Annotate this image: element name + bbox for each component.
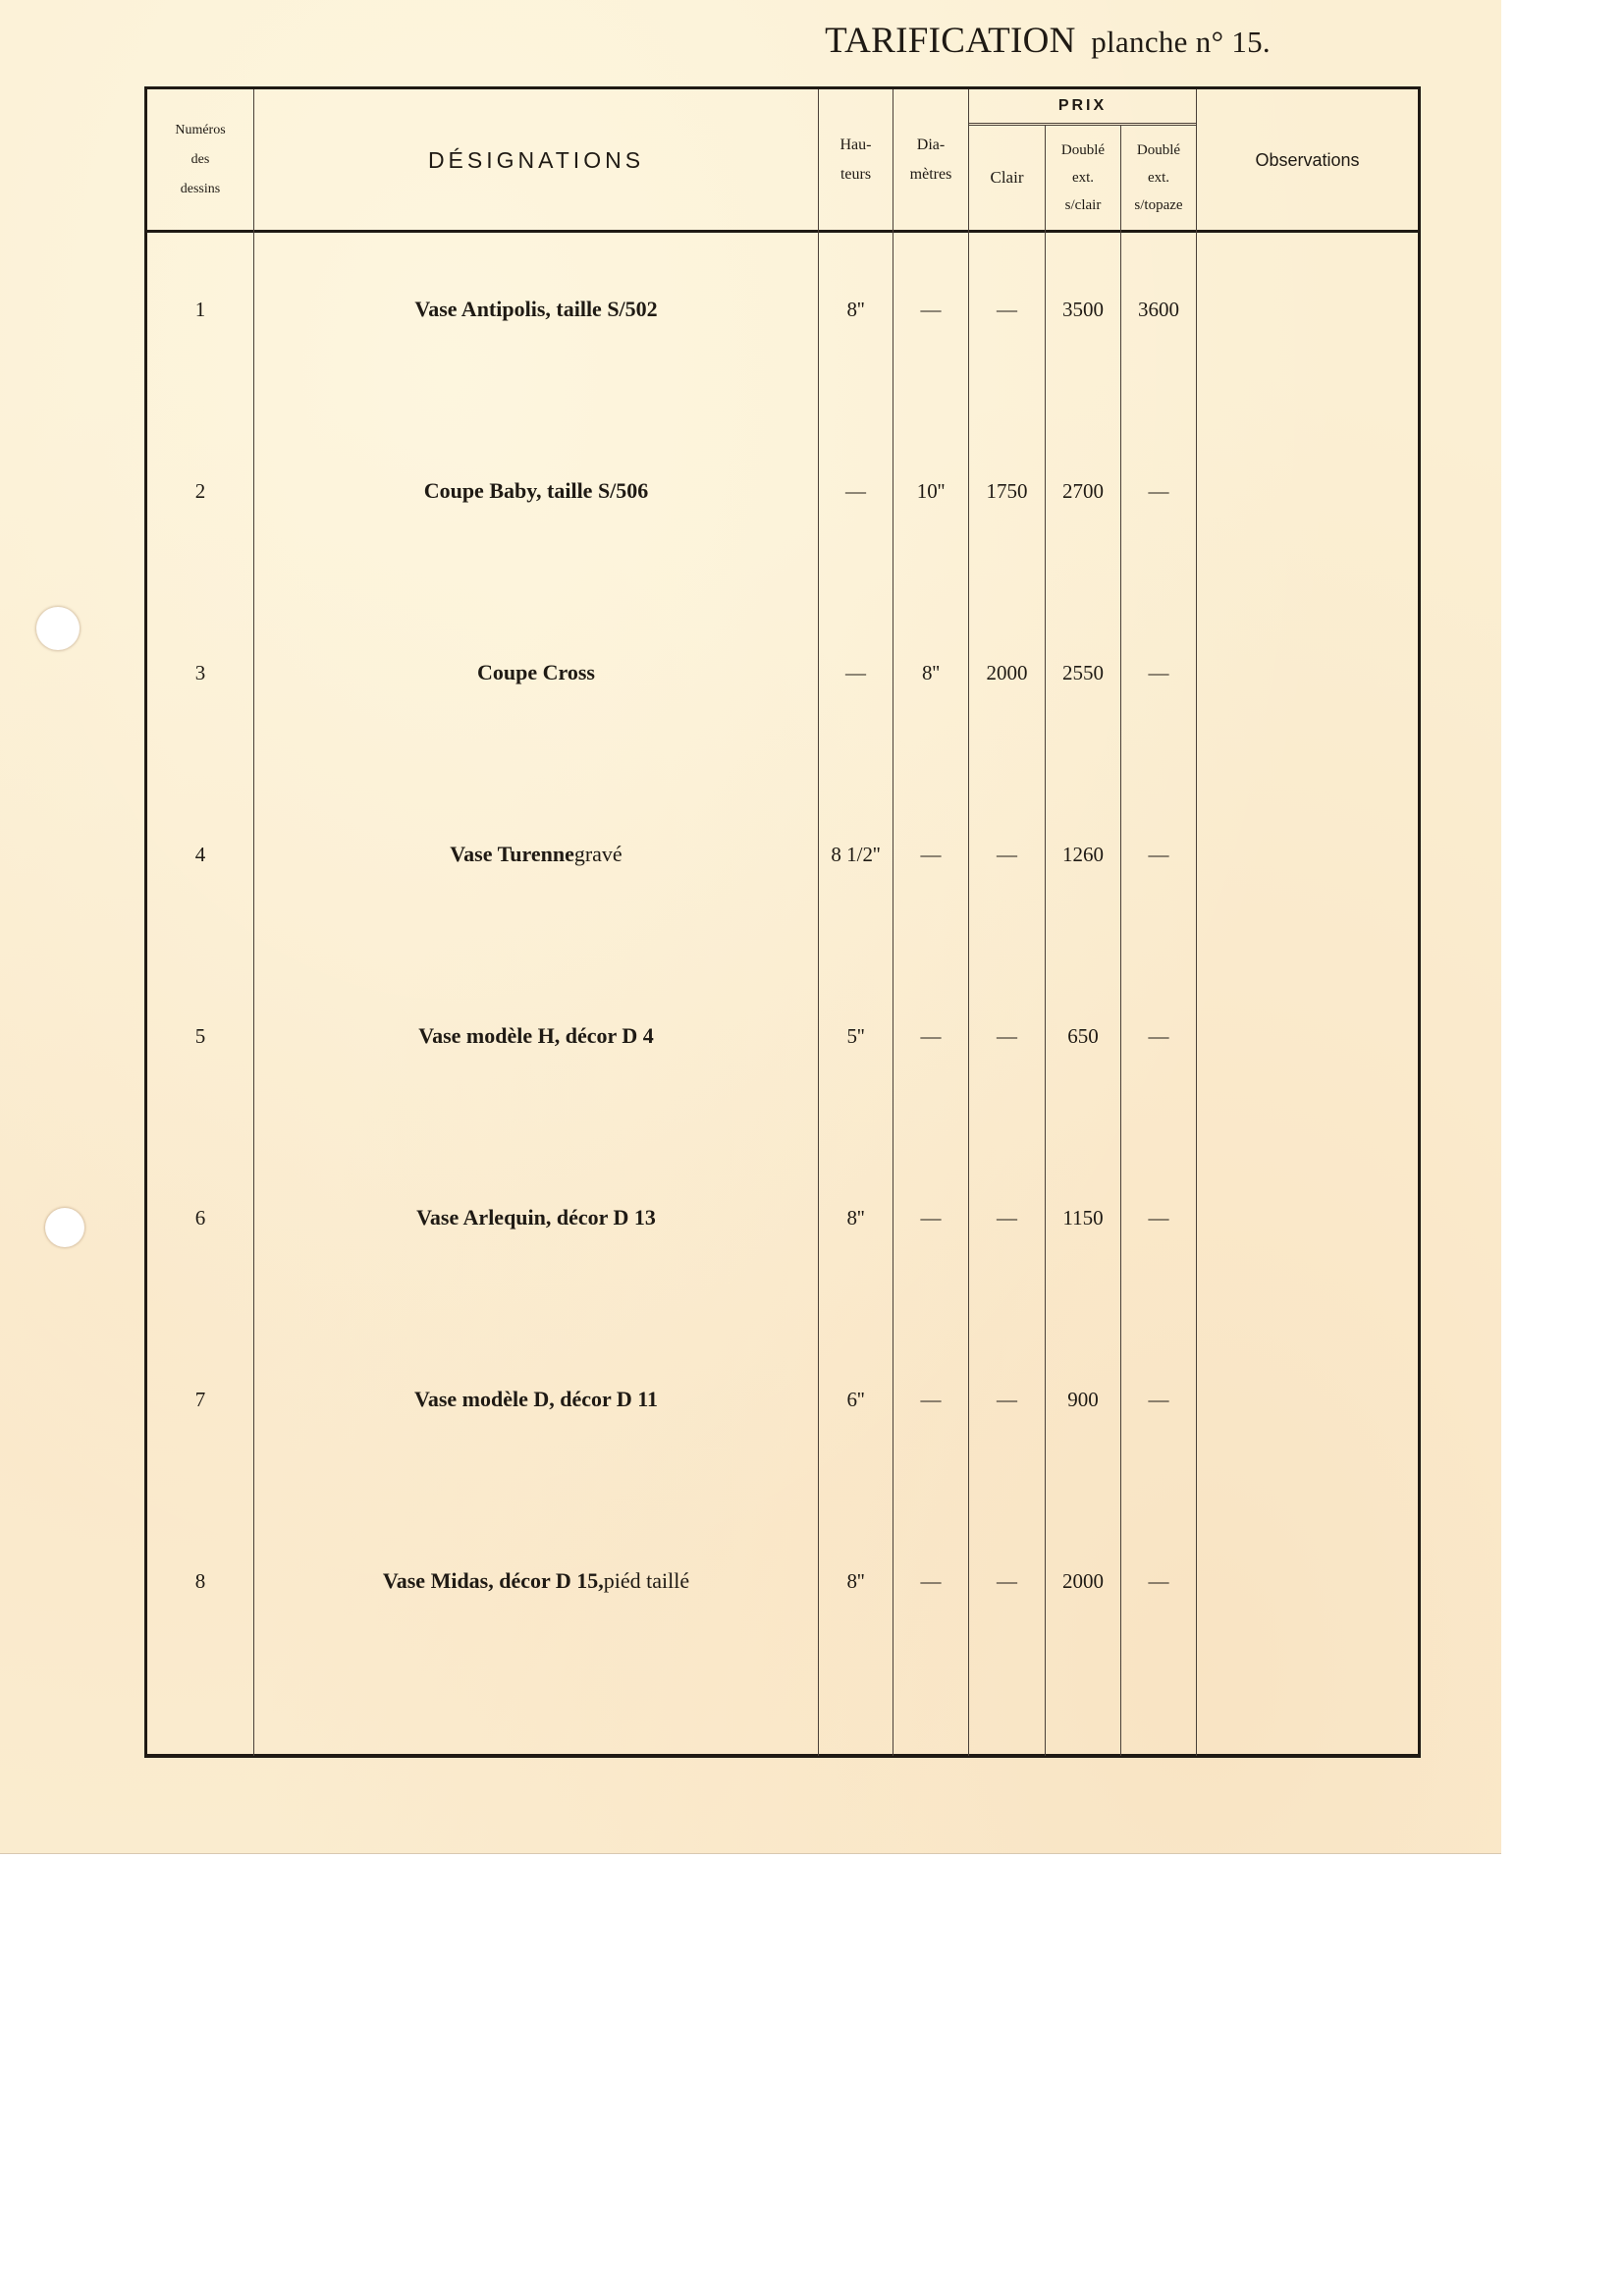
cell-designation: Vase Midas, décor D 15, piéd taillé: [254, 1561, 818, 1601]
paper-sheet: TARIFICATION planche n° 15. Numéros des …: [0, 0, 1501, 1854]
column-rule: [1196, 89, 1197, 1756]
cell-designation: Vase modèle H, décor D 4: [254, 1016, 818, 1056]
cell-double-clair: 1150: [1046, 1198, 1120, 1237]
punch-hole: [45, 1208, 84, 1247]
cell-observations: [1197, 471, 1418, 511]
cell-double-topaze: —: [1121, 1016, 1196, 1056]
header-divider: [144, 230, 1421, 233]
cell-observations: [1197, 290, 1418, 329]
cell-observations: [1197, 1561, 1418, 1601]
cell-num: 6: [147, 1198, 253, 1237]
table-frame: [144, 86, 1421, 1758]
title-plate-number: planche n° 15.: [1091, 25, 1271, 59]
header-double-clair: Doublé ext. s/clair: [1046, 126, 1120, 230]
cell-clair: —: [969, 1380, 1045, 1419]
table-row: 2 Coupe Baby, taille S/506 — 10'' 1750 2…: [144, 471, 1421, 511]
cell-double-topaze: —: [1121, 1198, 1196, 1237]
cell-diametre: —: [893, 1380, 968, 1419]
cell-double-clair: 2700: [1046, 471, 1120, 511]
cell-diametre: —: [893, 290, 968, 329]
cell-hauteur: 5'': [819, 1016, 893, 1056]
cell-hauteur: 8'': [819, 1198, 893, 1237]
header-numeros: Numéros des dessins: [147, 89, 253, 230]
cell-designation: Vase Antipolis, taille S/502: [254, 290, 818, 329]
cell-hauteur: 8'': [819, 290, 893, 329]
column-rule: [1120, 126, 1121, 1756]
column-rule: [968, 89, 969, 1756]
cell-designation: Coupe Cross: [254, 653, 818, 692]
header-clair: Clair: [969, 126, 1045, 230]
cell-hauteur: —: [819, 471, 893, 511]
cell-clair: —: [969, 1016, 1045, 1056]
cell-clair: —: [969, 1198, 1045, 1237]
cell-diametre: 8'': [893, 653, 968, 692]
cell-observations: [1197, 1016, 1418, 1056]
cell-num: 3: [147, 653, 253, 692]
cell-hauteur: 8 1/2'': [819, 835, 893, 874]
header-double-topaze: Doublé ext. s/topaze: [1121, 126, 1196, 230]
header-diametres: Dia- mètres: [893, 89, 968, 230]
table-row: 3 Coupe Cross — 8'' 2000 2550 —: [144, 653, 1421, 692]
column-rule: [1045, 126, 1046, 1756]
cell-double-clair: 3500: [1046, 290, 1120, 329]
cell-double-clair: 2550: [1046, 653, 1120, 692]
cell-observations: [1197, 1198, 1418, 1237]
cell-num: 5: [147, 1016, 253, 1056]
cell-double-clair: 2000: [1046, 1561, 1120, 1601]
cell-designation: Vase modèle D, décor D 11: [254, 1380, 818, 1419]
page-title: TARIFICATION planche n° 15.: [825, 20, 1271, 62]
cell-double-topaze: —: [1121, 835, 1196, 874]
cell-observations: [1197, 835, 1418, 874]
cell-num: 7: [147, 1380, 253, 1419]
cell-double-topaze: 3600: [1121, 290, 1196, 329]
cell-clair: —: [969, 1561, 1045, 1601]
cell-double-clair: 900: [1046, 1380, 1120, 1419]
cell-double-topaze: —: [1121, 471, 1196, 511]
cell-num: 4: [147, 835, 253, 874]
cell-hauteur: 8'': [819, 1561, 893, 1601]
cell-designation: Vase Arlequin, décor D 13: [254, 1198, 818, 1237]
table-row: 6 Vase Arlequin, décor D 13 8'' — — 1150…: [144, 1198, 1421, 1237]
cell-num: 8: [147, 1561, 253, 1601]
column-rule: [893, 89, 893, 1756]
cell-clair: 1750: [969, 471, 1045, 511]
cell-diametre: 10'': [893, 471, 968, 511]
punch-hole: [36, 607, 80, 650]
cell-observations: [1197, 653, 1418, 692]
cell-clair: —: [969, 290, 1045, 329]
table-row: 7 Vase modèle D, décor D 11 6'' — — 900 …: [144, 1380, 1421, 1419]
cell-double-topaze: —: [1121, 653, 1196, 692]
table-row: 8 Vase Midas, décor D 15, piéd taillé 8'…: [144, 1561, 1421, 1601]
column-rule: [818, 89, 819, 1756]
table-row: 4 Vase Turenne gravé 8 1/2'' — — 1260 —: [144, 835, 1421, 874]
header-observations: Observations: [1197, 89, 1418, 230]
table-row: 1 Vase Antipolis, taille S/502 8'' — — 3…: [144, 290, 1421, 329]
column-rule: [253, 89, 254, 1756]
title-main: TARIFICATION: [825, 21, 1076, 61]
header-prix: PRIX: [969, 89, 1196, 123]
header-hauteurs: Hau- teurs: [819, 89, 893, 230]
cell-designation: Coupe Baby, taille S/506: [254, 471, 818, 511]
cell-clair: 2000: [969, 653, 1045, 692]
cell-diametre: —: [893, 835, 968, 874]
cell-num: 2: [147, 471, 253, 511]
cell-num: 1: [147, 290, 253, 329]
cell-double-topaze: —: [1121, 1561, 1196, 1601]
cell-observations: [1197, 1380, 1418, 1419]
cell-diametre: —: [893, 1016, 968, 1056]
cell-clair: —: [969, 835, 1045, 874]
cell-diametre: —: [893, 1561, 968, 1601]
table-row: 5 Vase modèle H, décor D 4 5'' — — 650 —: [144, 1016, 1421, 1056]
header-designations: DÉSIGNATIONS: [254, 89, 818, 230]
cell-double-clair: 1260: [1046, 835, 1120, 874]
cell-double-topaze: —: [1121, 1380, 1196, 1419]
cell-double-clair: 650: [1046, 1016, 1120, 1056]
cell-hauteur: —: [819, 653, 893, 692]
cell-designation: Vase Turenne gravé: [254, 835, 818, 874]
cell-diametre: —: [893, 1198, 968, 1237]
cell-hauteur: 6'': [819, 1380, 893, 1419]
